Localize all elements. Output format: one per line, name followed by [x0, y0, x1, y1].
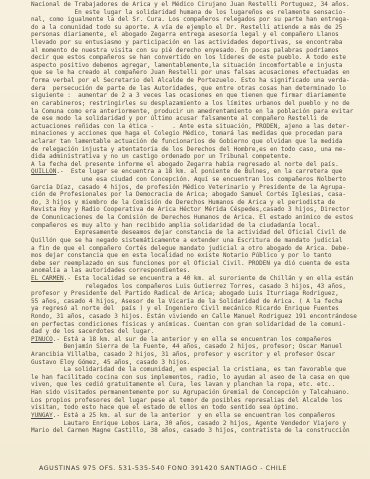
- text-line: dad y de los sacerdotes del lugar.: [31, 328, 365, 336]
- line-text: A la fecha del presente informe el aboga…: [31, 161, 339, 168]
- text-line: do a la comunidad todo su aporte. A vía …: [31, 24, 365, 32]
- text-line: de relegación injusta y atentatoria de l…: [31, 146, 365, 154]
- line-text: visitan, todo esto hace que el estado de…: [31, 404, 299, 411]
- text-line: Lautaro Enrique Lobos Lara, 30 años, cas…: [31, 420, 365, 428]
- text-line: Expresamente deseamos dejar constancia d…: [31, 229, 365, 237]
- text-line: Revista Hoy y Radio Cooperativa de Arica…: [31, 206, 365, 214]
- line-text: Los propios profesores del lugar pese al…: [31, 397, 342, 404]
- line-text: aclarar tan lamentable actuación de func…: [31, 138, 342, 145]
- line-text: dad y de los sacerdotes del lugar.: [31, 328, 154, 335]
- line-text: al momento de nuestra visita con su pié …: [31, 47, 339, 54]
- line-text: do a la comunidad todo su aporte. A vía …: [31, 24, 342, 31]
- text-line: en perfectas condiciones físicas y aními…: [31, 321, 365, 329]
- section-heading-line: EL CARMEN.- Esta localidad se encuentra …: [31, 275, 365, 283]
- text-line: la Comuna como era anteriormente, produc…: [31, 108, 365, 116]
- line-text: Benjamín Sierra de la Fuente, 44 años, c…: [31, 343, 342, 350]
- line-text: La solidaridad de la comunidad, en espec…: [31, 366, 346, 373]
- text-line: en carabineros; restringirles su desplaz…: [31, 100, 365, 108]
- line-text: mos dejar constancia que en esta localid…: [31, 252, 332, 259]
- text-line: Arancibia Villalba, casado 2 hijos, 31 a…: [31, 351, 365, 359]
- line-text: que se le ha creado al compañero Juan Re…: [31, 69, 350, 76]
- text-line: le han facilitado cocina con sus impleme…: [31, 374, 365, 382]
- text-line: debe ser reemplazado en sus funciones po…: [31, 260, 365, 268]
- text-line: relegados los compañeros Luis Gutierrez …: [31, 283, 365, 291]
- text-line: mos dejar constancia que en esta localid…: [31, 252, 365, 260]
- text-line: forma verbal por el Secretario del Alcal…: [31, 77, 365, 85]
- place-heading: YUNGAY: [31, 412, 53, 419]
- text-line: que se le ha creado al compañero Juan Re…: [31, 69, 365, 77]
- text-line: personas diariamente, el abogado Zegarra…: [31, 31, 365, 39]
- text-line: Rondo, 31 años, casado 3 hijos. Están vi…: [31, 313, 365, 321]
- line-text: .- Está a 25 km. al sur de la anterior y…: [53, 412, 335, 419]
- line-text: ción de Profesionales por la Democracia …: [31, 191, 346, 198]
- line-text: decir que estos compañeros se han conver…: [31, 54, 346, 61]
- text-line: siguiente : aumentar de 2 a 3 veces las …: [31, 92, 365, 100]
- text-line: profesor y Presidente del Partido Radica…: [31, 290, 365, 298]
- line-text: actuaciones reñidas con la ética - . Ant…: [31, 123, 350, 130]
- text-line: La solidaridad de la comunidad, en espec…: [31, 366, 365, 374]
- text-line: do, 3 hijos y miembro de la Comisión de …: [31, 199, 365, 207]
- section-heading-line: YUNGAY.- Está a 25 km. al sur de la ante…: [31, 412, 365, 420]
- line-text: la Comuna como era anteriormente, produc…: [31, 108, 353, 115]
- section-heading-line: QUILLON.- Este lugar se encuentra a 18 k…: [31, 168, 365, 176]
- line-text: Expresamente deseamos dejar constancia d…: [31, 229, 346, 236]
- text-line: Han sido visitados permanentemente por s…: [31, 389, 365, 397]
- line-text: Lautaro Enrique Lobos Lara, 30 años, cas…: [31, 420, 346, 427]
- line-text: profesor y Presidente del Partido Radica…: [31, 290, 339, 297]
- line-text: personas diariamente, el abogado Zegarra…: [31, 31, 339, 38]
- line-text: aspecto positivo debemos agregar, lament…: [31, 62, 342, 69]
- line-text: Nacional de Trabajadores de Arica y el M…: [31, 1, 350, 8]
- text-line: Los propios profesores del lugar pese al…: [31, 397, 365, 405]
- line-text: Gustavo Eloy Gómez, 45 años, casado 3 hi…: [31, 359, 190, 366]
- line-text: debe ser reemplazado en sus funciones po…: [31, 260, 350, 267]
- text-line: Quillón que se ha negado sistemáticament…: [31, 237, 365, 245]
- document-page: Nacional de Trabajadores de Arica y el M…: [0, 0, 370, 479]
- text-line: García Díaz, casado 4 hijos, de profesió…: [31, 184, 365, 192]
- text-line: a fin de que el compañero Cortés delegue…: [31, 245, 365, 253]
- line-text: minaciones y acciones que haga el Colegi…: [31, 130, 342, 137]
- line-text: en perfectas condiciones físicas y aními…: [31, 321, 346, 328]
- line-text: llevado por su entusiasmo y participació…: [31, 39, 342, 46]
- line-text: García Díaz, casado 4 hijos, de profesió…: [31, 184, 346, 191]
- line-text: nal, como igualmente la del Sr. Cura. Lo…: [31, 16, 350, 23]
- text-line: ción de Profesionales por la Democracia …: [31, 191, 365, 199]
- line-text: Han sido visitados permanentemente por s…: [31, 389, 350, 396]
- line-text: forma verbal por el Secretario del Alcal…: [31, 77, 350, 84]
- typewritten-body: Nacional de Trabajadores de Arica y el M…: [31, 1, 365, 435]
- line-text: de Comunicaciones de la Comisión de Dere…: [31, 214, 353, 221]
- text-line: aclarar tan lamentable actuación de func…: [31, 138, 365, 146]
- text-line: de Comunicaciones de la Comisión de Dere…: [31, 214, 365, 222]
- text-line: de ese modo la solidaridad y por último …: [31, 115, 365, 123]
- line-text: de ese modo la solidaridad y por último …: [31, 115, 328, 122]
- text-line: aspecto positivo debemos agregar, lament…: [31, 62, 365, 70]
- text-line: actuaciones reñidas con la ética - . Ant…: [31, 123, 365, 131]
- place-heading: QUILLON: [31, 168, 56, 175]
- line-text: Quillón que se ha negado sistemáticament…: [31, 237, 342, 244]
- line-text: compañeros es muy alto y han recibido am…: [31, 222, 321, 229]
- line-text: de relegación injusta y atentatoria de l…: [31, 146, 346, 153]
- line-text: viven, que les cedió gratuitamente el Cu…: [31, 381, 335, 388]
- text-line: al momento de nuestra visita con su pié …: [31, 47, 365, 55]
- line-text: relegados los compañeros Luis Gutierrez …: [31, 283, 346, 290]
- line-text: anomalía a las autoridades correspondien…: [31, 267, 190, 274]
- text-line: nal, como igualmente la del Sr. Cura. Lo…: [31, 16, 365, 24]
- text-line: Mario del Carmen Magne Castillo, 38 años…: [31, 427, 365, 435]
- text-line: Benjamín Sierra de la Fuente, 44 años, c…: [31, 343, 365, 351]
- line-text: En este lugar la solidaridad humana de l…: [31, 9, 346, 16]
- text-line: 55 años, casado 4 hijos, Asesor de la Vi…: [31, 298, 365, 306]
- line-text: Rondo, 31 años, casado 3 hijos. Están vi…: [31, 313, 357, 320]
- line-text: dera persecución de parte de las Autorid…: [31, 85, 346, 92]
- line-text: le han facilitado cocina con sus impleme…: [31, 374, 350, 381]
- text-line: une esa ciudad con Concepción. Aquí se e…: [31, 176, 365, 184]
- line-text: en carabineros; restringirles su desplaz…: [31, 100, 350, 107]
- line-text: do, 3 hijos y miembro de la Comisión de …: [31, 199, 335, 206]
- text-line: visitan, todo esto hace que el estado de…: [31, 404, 365, 412]
- text-line: compañeros es muy alto y han recibido am…: [31, 222, 365, 230]
- line-text: Mario del Carmen Magne Castillo, 38 años…: [31, 427, 350, 434]
- text-line: ya regresó al norte del país ) y el Inge…: [31, 305, 365, 313]
- line-text: a fin de que el compañero Cortés delegue…: [31, 245, 350, 252]
- text-line: anomalía a las autoridades correspondien…: [31, 267, 365, 275]
- text-line: decir que estos compañeros se han conver…: [31, 54, 365, 62]
- text-line: minaciones y acciones que haga el Colegi…: [31, 130, 365, 138]
- place-heading: PINUCO: [31, 336, 53, 343]
- line-text: ya regresó al norte del país ) y el Inge…: [31, 305, 339, 312]
- letterhead-footer: AGUSTINAS 975 OFS. 531-535-540 FONO 3914…: [39, 465, 359, 472]
- line-text: Arancibia Villalba, casado 2 hijos, 31 a…: [31, 351, 335, 358]
- line-text: .- Está a 18 km. al sur de la anterior y…: [53, 336, 332, 343]
- text-line: En este lugar la solidaridad humana de l…: [31, 9, 365, 17]
- line-text: 55 años, casado 4 hijos, Asesor de la Vi…: [31, 298, 342, 305]
- place-heading: EL CARMEN: [31, 275, 64, 282]
- line-text: siguiente : aumentar de 2 a 3 veces las …: [31, 92, 346, 99]
- section-heading-line: PINUCO.- Está a 18 km. al sur de la ante…: [31, 336, 365, 344]
- line-text: une esa ciudad con Concepción. Aquí se e…: [31, 176, 346, 183]
- text-line: viven, que les cedió gratuitamente el Cu…: [31, 381, 365, 389]
- text-line: dida administrativa y no un castigo orde…: [31, 153, 365, 161]
- text-line: Gustavo Eloy Gómez, 45 años, casado 3 hi…: [31, 359, 365, 367]
- line-text: .- Esta localidad se encuentra a 40 km. …: [64, 275, 354, 282]
- line-text: dida administrativa y no un castigo orde…: [31, 153, 292, 160]
- text-line: dera persecución de parte de las Autorid…: [31, 85, 365, 93]
- text-line: A la fecha del presente informe el aboga…: [31, 161, 365, 169]
- text-line: llevado por su entusiasmo y participació…: [31, 39, 365, 47]
- line-text: Revista Hoy y Radio Cooperativa de Arica…: [31, 206, 350, 213]
- text-line: Nacional de Trabajadores de Arica y el M…: [31, 1, 365, 9]
- line-text: .- Este lugar se encuentra a 18 km. al p…: [56, 168, 342, 175]
